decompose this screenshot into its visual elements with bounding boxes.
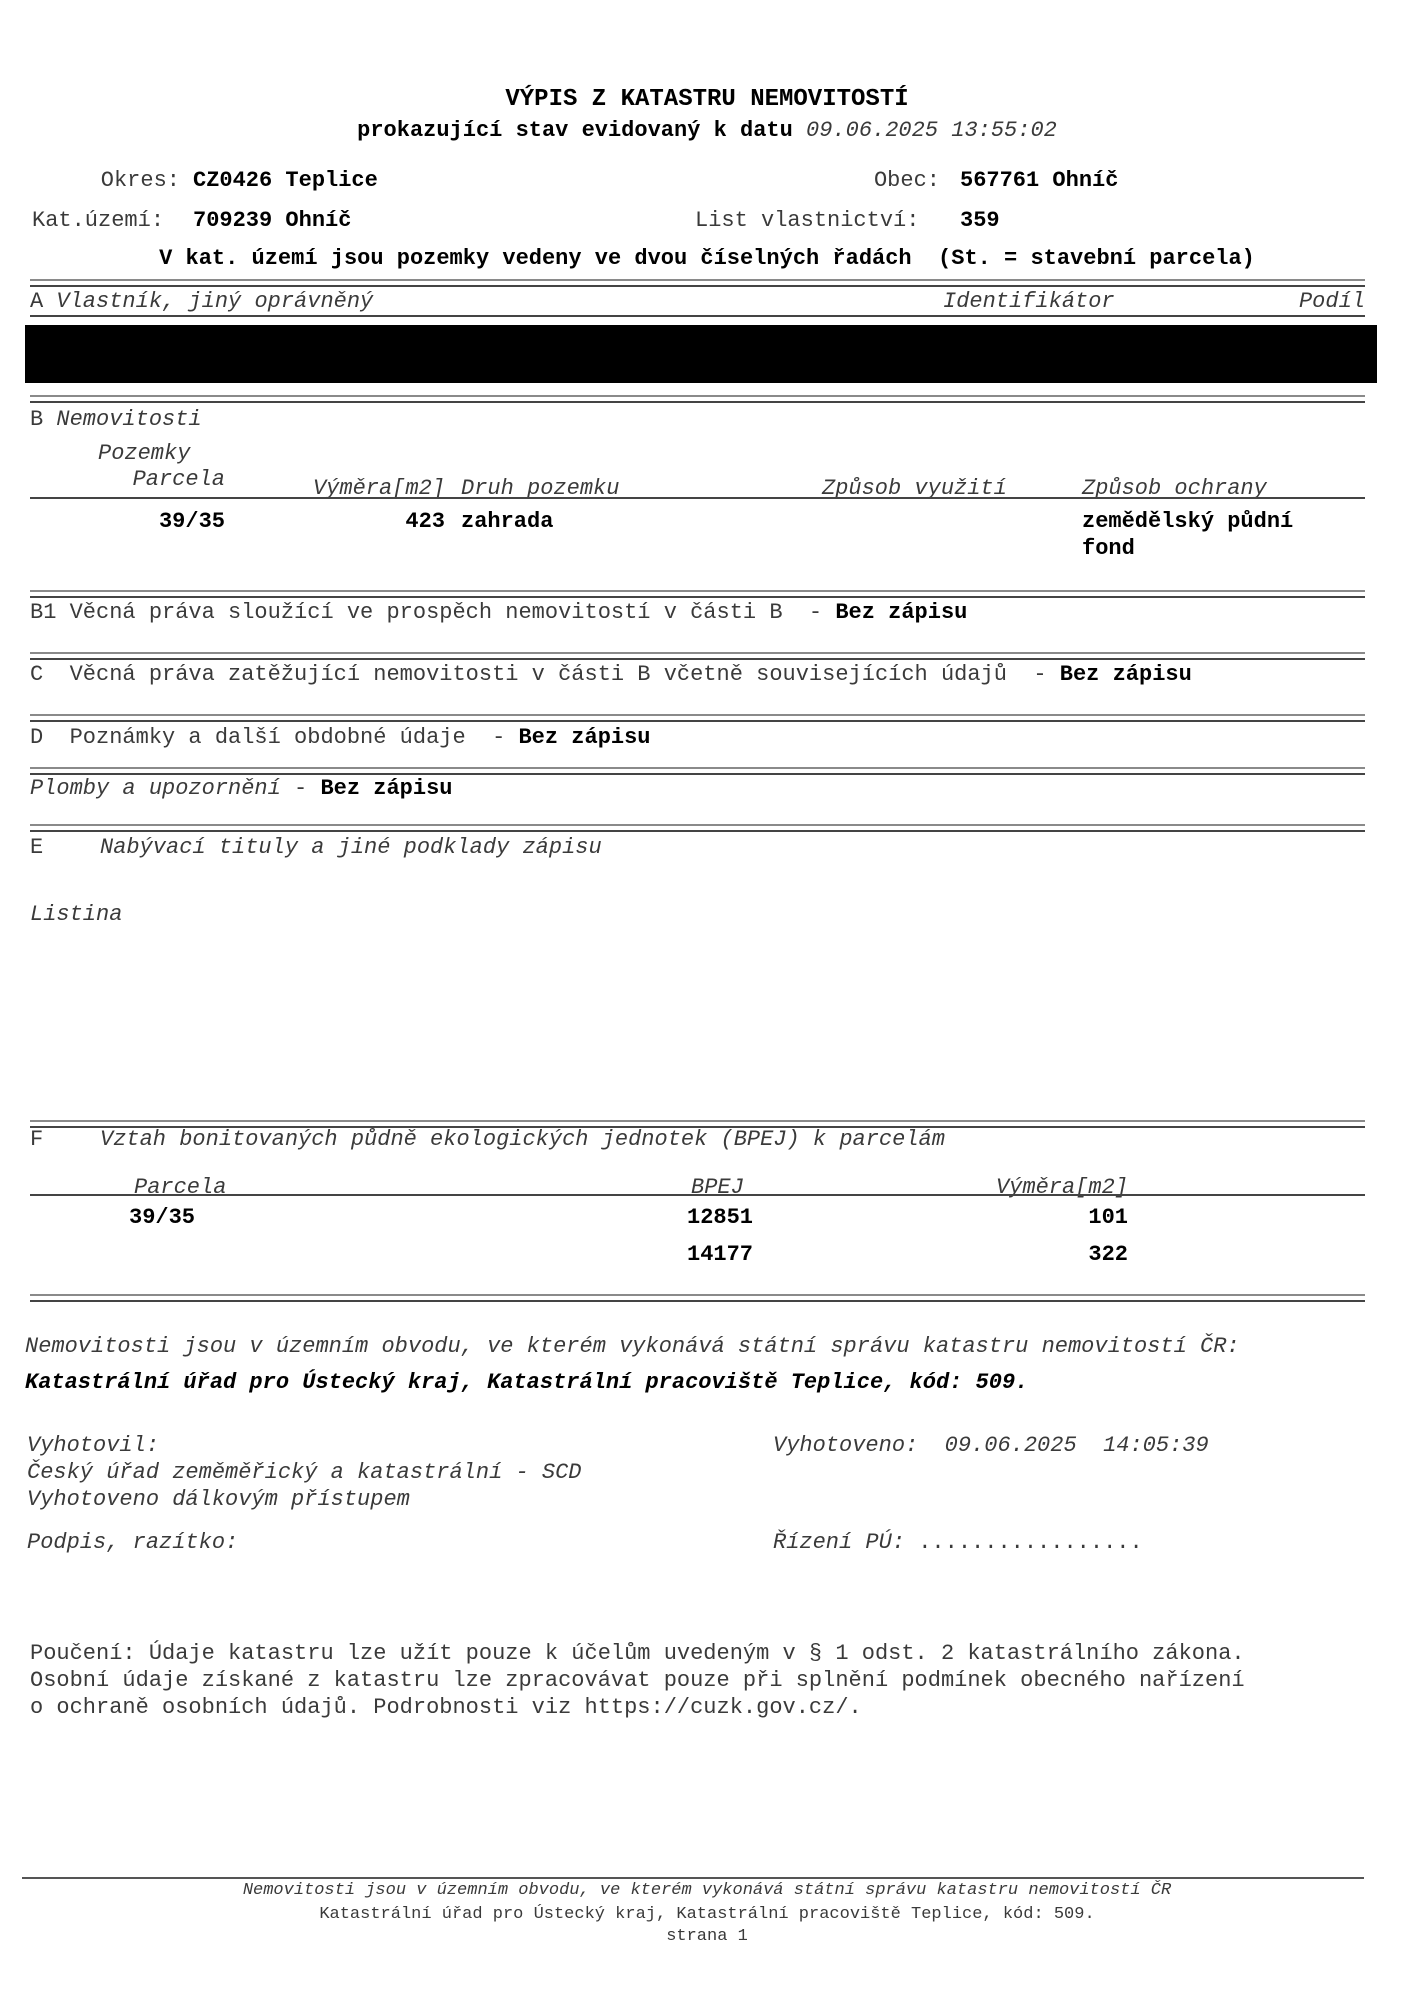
footer-line2: Katastrální úřad pro Ústecký kraj, Katas…	[0, 1906, 1414, 1923]
okres-label: Okres:	[40, 170, 180, 192]
obec-label: Obec:	[780, 170, 940, 192]
page-subtitle: prokazující stav evidovaný k datu 09.06.…	[0, 120, 1414, 142]
section-a-rule	[30, 315, 1365, 317]
vyhotovil-label: Vyhotovil:	[27, 1435, 159, 1457]
section-divider	[30, 395, 1365, 403]
section-a-title: Vlastník, jiný oprávněný	[56, 289, 373, 314]
f-vymera-cell: 322	[950, 1244, 1128, 1266]
notice-line1: Poučení: Údaje katastru lze užít pouze k…	[30, 1643, 1245, 1665]
obec-value: 567761 Ohníč	[960, 170, 1118, 192]
f-bpej-cell: 12851	[687, 1207, 753, 1229]
section-c-label: C Věcná práva zatěžující nemovitosti v č…	[30, 662, 1007, 687]
parcela-cell: 39/35	[100, 511, 225, 533]
vyhotovil-org: Český úřad zeměměřický a katastrální - S…	[27, 1462, 582, 1484]
notice-line2: Osobní údaje získané z katastru lze zpra…	[30, 1670, 1245, 1692]
lv-value: 359	[960, 210, 1000, 232]
section-divider	[30, 652, 1365, 660]
vyhotoveno-value: 09.06.2025 14:05:39	[945, 1433, 1209, 1458]
vyhotoveno-label: Vyhotoveno:	[773, 1433, 918, 1458]
section-e-title: Nabývací tituly a jiné podklady zápisu	[100, 837, 602, 859]
section-b1-label: B1 Věcná práva sloužící ve prospěch nemo…	[30, 600, 783, 625]
section-divider	[30, 279, 1365, 287]
ku-label: Kat.území:	[32, 210, 164, 232]
section-c-status: Bez zápisu	[1060, 662, 1192, 687]
f-bpej-cell: 14177	[687, 1244, 753, 1266]
f-parcela-cell: 39/35	[129, 1207, 195, 1229]
ochrana-cell-line1: zemědělský půdní	[1082, 511, 1293, 533]
owner-redacted-block	[25, 325, 1377, 383]
section-b-header: B Nemovitosti	[30, 409, 202, 431]
section-d: D Poznámky a další obdobné údaje - Bez z…	[30, 727, 651, 749]
section-e-letter: E	[30, 837, 43, 859]
section-divider	[30, 767, 1365, 775]
section-f-table-rule	[30, 1194, 1365, 1196]
section-f-title: Vztah bonitovaných půdně ekologických je…	[100, 1129, 945, 1151]
rizeni-label: Řízení PÚ:	[773, 1530, 905, 1555]
druh-cell: zahrada	[461, 511, 553, 533]
section-b-table-rule	[30, 497, 1365, 499]
section-divider	[30, 824, 1365, 832]
page-title: VÝPIS Z KATASTRU NEMOVITOSTÍ	[0, 88, 1414, 112]
page-number: strana 1	[0, 1928, 1414, 1945]
vyhotovil-mode: Vyhotoveno dálkovým přístupem	[27, 1489, 410, 1511]
listina-label: Listina	[30, 904, 122, 926]
section-plomby: Plomby a upozornění - Bez zápisu	[30, 778, 452, 800]
col-podil: Podíl	[1200, 291, 1365, 313]
rizeni: Řízení PÚ: .................	[773, 1532, 1143, 1554]
f-vymera-cell: 101	[950, 1207, 1128, 1229]
col-parcela: Parcela	[100, 469, 225, 491]
footer-line1: Nemovitosti jsou v územním obvodu, ve kt…	[0, 1882, 1414, 1899]
footer-rule	[22, 1877, 1364, 1879]
section-a-letter: A	[30, 289, 43, 314]
section-b1-status: Bez zápisu	[835, 600, 967, 625]
section-divider	[30, 590, 1365, 598]
section-plomby-label: Plomby a upozornění	[30, 776, 281, 801]
section-a-header: A Vlastník, jiný oprávněný	[30, 291, 373, 313]
section-b-title: Nemovitosti	[56, 407, 201, 432]
section-c: C Věcná práva zatěžující nemovitosti v č…	[30, 664, 1192, 686]
office-line2: Katastrální úřad pro Ústecký kraj, Katas…	[25, 1372, 1028, 1394]
section-plomby-status: Bez zápisu	[320, 776, 452, 801]
ku-value: 709239 Ohníč	[193, 210, 351, 232]
ochrana-cell-line2: fond	[1082, 538, 1135, 560]
section-b-subtitle: Pozemky	[98, 443, 190, 465]
section-divider	[30, 714, 1365, 722]
vymera-cell: 423	[290, 511, 445, 533]
rizeni-value: .................	[918, 1530, 1142, 1555]
section-b-letter: B	[30, 407, 43, 432]
podpis-label: Podpis, razítko:	[27, 1532, 238, 1554]
office-line1: Nemovitosti jsou v územním obvodu, ve kt…	[25, 1336, 1240, 1358]
okres-value: CZ0426 Teplice	[193, 170, 378, 192]
section-divider	[30, 1294, 1365, 1302]
numbering-note: V kat. území jsou pozemky vedeny ve dvou…	[0, 248, 1414, 270]
subtitle-datetime: 09.06.2025 13:55:02	[806, 118, 1057, 143]
lv-label: List vlastnictví:	[695, 210, 919, 232]
col-identifikator: Identifikátor	[943, 291, 1115, 313]
section-b1: B1 Věcná práva sloužící ve prospěch nemo…	[30, 602, 967, 624]
section-d-label: D Poznámky a další obdobné údaje	[30, 725, 466, 750]
section-f-letter: F	[30, 1129, 43, 1151]
subtitle-label: prokazující stav evidovaný k datu	[357, 118, 793, 143]
notice-line3: o ochraně osobních údajů. Podrobnosti vi…	[30, 1697, 862, 1719]
vyhotoveno: Vyhotoveno: 09.06.2025 14:05:39	[773, 1435, 1209, 1457]
section-d-status: Bez zápisu	[518, 725, 650, 750]
